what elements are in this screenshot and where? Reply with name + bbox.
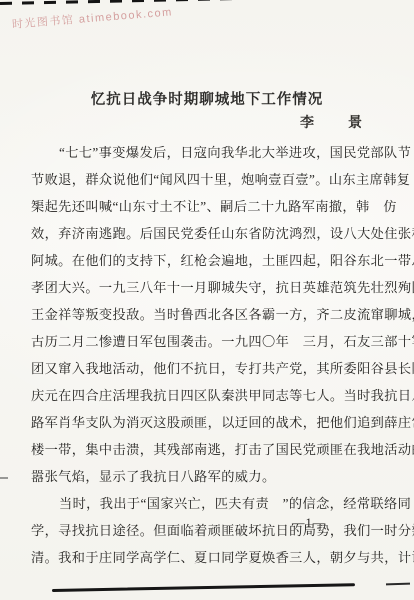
page-number: —1— — [292, 516, 326, 531]
scanned-page: 时光图书馆 atimebook.com 忆抗日战争时期聊城地下工作情况 李 景 … — [0, 0, 414, 600]
text-line: 嚣张气焰，显示了我抗日八路军的威力。 — [31, 463, 393, 490]
text-line: 团又窜入我地活动，他们不抗日，专打共产党，其所委阳谷县长陈 — [31, 355, 393, 382]
text-line: 榘起先还叫喊“山东寸土不让”、嗣后二十九路军南撤，韩 仿 — [31, 193, 393, 220]
text-line: 王金祥等叛变投敌。当时鲁西北各区各霸一方，齐二皮流窜聊城， — [31, 301, 393, 328]
text-line: 当时，我出于“国家兴亡，匹夫有责 ”的信念，经常联络同 — [31, 490, 393, 517]
author-name: 李 景 — [300, 112, 372, 132]
scan-smudge — [0, 477, 8, 479]
text-line: 路军肖华支队为消灭这股顽匪，以迂回的战术，把他们追到薛庄常 — [31, 409, 393, 436]
text-line: 庆元在四合庄活埋我抗日四区队秦洪甲同志等七人。当时我抗日八 — [31, 382, 393, 409]
text-line: 古历二月二惨遭日军包围袭击。一九四〇年 三月，石友三部十军 — [31, 328, 393, 355]
scan-edge-bottom-dash — [386, 583, 410, 586]
text-line: 孝团大兴。一九三八年十一月聊城失守，抗日英雄范筑先壮烈殉国， — [31, 274, 393, 301]
text-line: 清。我和于庄同学高学仁、夏口同学夏焕香三人，朝夕与共，计议 — [31, 544, 393, 571]
watermark: 时光图书馆 atimebook.com — [11, 3, 173, 32]
scan-edge-bottom — [52, 583, 355, 591]
page-title: 忆抗日战争时期聊城地下工作情况 — [0, 88, 414, 109]
text-line: “七七”事变爆发后，日寇向我华北大举进攻，国民党部队节 — [31, 139, 393, 166]
text-line: 学，寻找抗日途径。但面临着顽匪破坏抗日的局势，我们一时分辨不 — [31, 517, 393, 544]
text-line: 效，弃济南逃跑。后国民党委任山东省防沈鸿烈，设八大处住张秋、 — [31, 220, 393, 247]
text-line: 楼一带，集中击溃，其残部南逃，打击了国民党顽匪在我地活动的 — [31, 436, 393, 463]
body-text: “七七”事变爆发后，日寇向我华北大举进攻，国民党部队节 节败退，群众说他们“闻风… — [31, 139, 393, 571]
text-line: 阿城。在他们的支持下，红枪会遍地，土匪四起，阳谷东北一带总 — [31, 247, 393, 274]
scan-edge-top — [0, 0, 232, 5]
text-line: 节败退，群众说他们“闻风四十里，炮响壹百壹”。山东主席韩复 — [31, 166, 393, 193]
